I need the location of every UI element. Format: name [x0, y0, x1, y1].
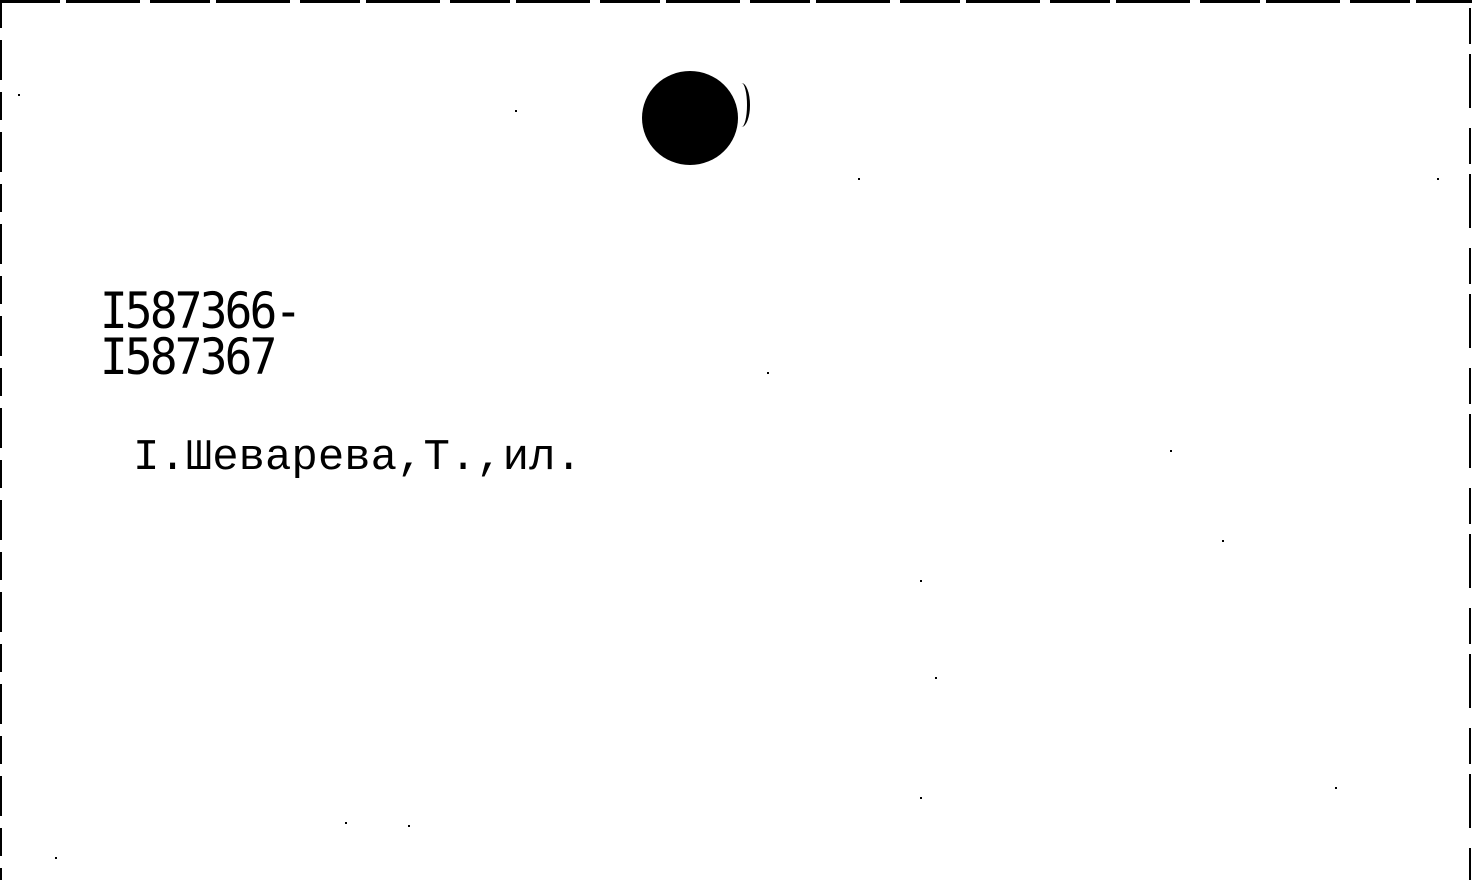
scan-speck: [18, 94, 20, 96]
card-left-edge: [0, 0, 2, 880]
scan-speck: [920, 580, 922, 582]
scan-speck: [767, 372, 769, 374]
punch-hole-icon: [642, 71, 738, 165]
card-top-edge: [0, 0, 1472, 3]
scan-speck: [1437, 178, 1439, 180]
card-right-edge: [1469, 8, 1471, 880]
scan-speck: [1170, 450, 1172, 452]
scan-speck: [920, 797, 922, 799]
scan-speck: [55, 857, 57, 859]
scan-speck: [1335, 787, 1337, 789]
illustrator-entry: I.Шеварева,Т.,ил.: [133, 432, 582, 484]
scan-speck: [1222, 540, 1224, 542]
catalog-card: I587366- I587367 I.Шеварева,Т.,ил.: [0, 0, 1472, 880]
scan-speck: [345, 822, 347, 824]
scan-speck: [515, 110, 517, 112]
scan-speck: [858, 178, 860, 180]
scan-speck: [935, 677, 937, 679]
call-number-end: I587367: [100, 334, 275, 380]
scan-speck: [408, 825, 410, 827]
